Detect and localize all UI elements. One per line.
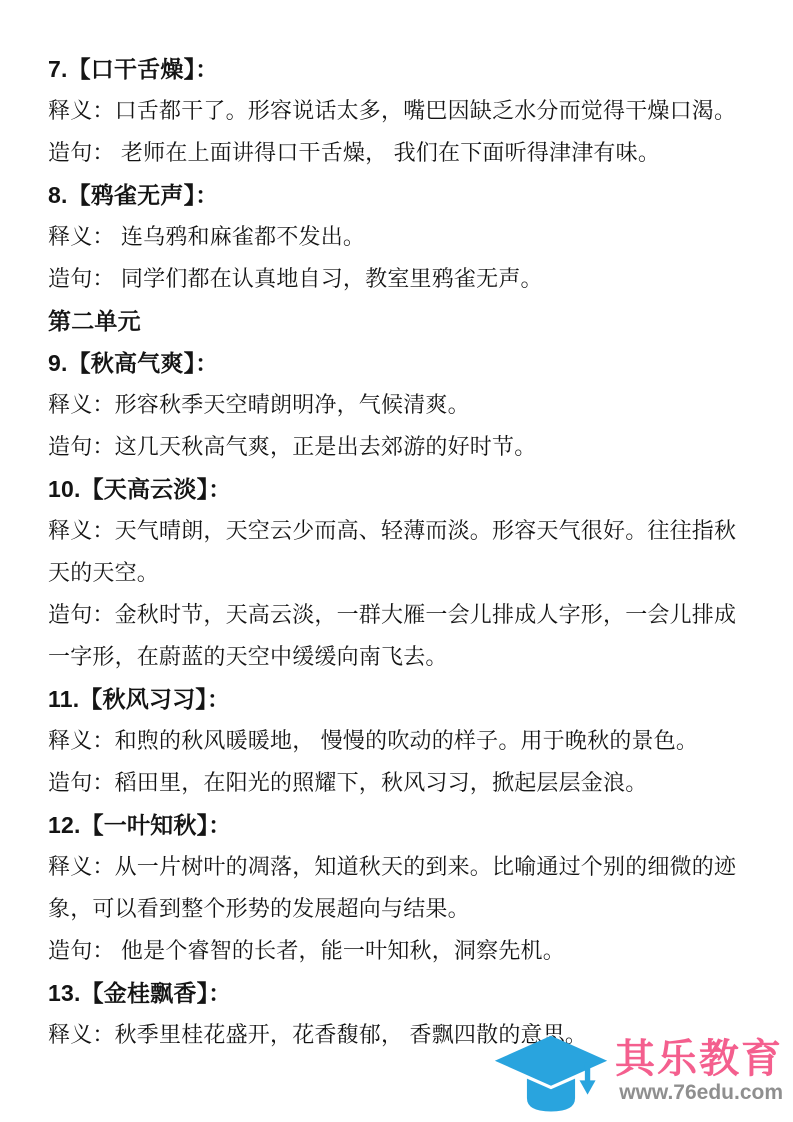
sentence-line: 造句： 他是个睿智的长者，能一叶知秋，洞察先机。 — [48, 930, 748, 972]
idiom-entry-12: 12.【一叶知秋】： 释义：从一片树叶的凋落，知道秋天的到来。比喻通过个别的细微… — [48, 804, 748, 972]
idiom-heading: 7.【口干舌燥】： — [48, 48, 748, 90]
definition-line: 释义：形容秋季天空晴朗明净，气候清爽。 — [48, 384, 748, 426]
definition-line: 释义：和煦的秋风暖暖地， 慢慢的吹动的样子。用于晚秋的景色。 — [48, 720, 748, 762]
idiom-heading: 9.【秋高气爽】： — [48, 342, 748, 384]
graduation-cap-icon — [493, 1034, 609, 1116]
sentence-line: 造句：金秋时节，天高云淡，一群大雁一会儿排成人字形，一会儿排成一字形，在蔚蓝的天… — [48, 594, 748, 678]
idiom-entry-8: 8.【鸦雀无声】： 释义： 连乌鸦和麻雀都不发出。 造句： 同学们都在认真地自习… — [48, 174, 748, 300]
idiom-entry-7: 7.【口干舌燥】： 释义：口舌都干了。形容说话太多，嘴巴因缺乏水分而觉得干燥口渴… — [48, 48, 748, 174]
idiom-entry-9: 9.【秋高气爽】： 释义：形容秋季天空晴朗明净，气候清爽。 造句：这几天秋高气爽… — [48, 342, 748, 468]
definition-line: 释义：口舌都干了。形容说话太多，嘴巴因缺乏水分而觉得干燥口渴。 — [48, 90, 748, 132]
sentence-line: 造句： 老师在上面讲得口干舌燥， 我们在下面听得津津有味。 — [48, 132, 748, 174]
idiom-entry-11: 11.【秋风习习】： 释义：和煦的秋风暖暖地， 慢慢的吹动的样子。用于晚秋的景色… — [48, 678, 748, 804]
sentence-line: 造句：稻田里，在阳光的照耀下，秋风习习，掀起层层金浪。 — [48, 762, 748, 804]
definition-line: 释义：天气晴朗，天空云少而高、轻薄而淡。形容天气很好。往往指秋天的天空。 — [48, 510, 748, 594]
definition-line: 释义： 连乌鸦和麻雀都不发出。 — [48, 216, 748, 258]
idiom-heading: 8.【鸦雀无声】： — [48, 174, 748, 216]
idiom-entry-10: 10.【天高云淡】： 释义：天气晴朗，天空云少而高、轻薄而淡。形容天气很好。往往… — [48, 468, 748, 678]
idiom-heading: 11.【秋风习习】： — [48, 678, 748, 720]
brand-url: www.76edu.com — [619, 1081, 783, 1104]
definition-line: 释义：从一片树叶的凋落，知道秋天的到来。比喻通过个别的细微的迹象，可以看到整个形… — [48, 846, 748, 930]
idiom-heading: 13.【金桂飘香】： — [48, 972, 748, 1014]
brand-text-block: 其乐教育 www.76edu.com — [615, 1032, 783, 1104]
sentence-line: 造句：这几天秋高气爽，正是出去郊游的好时节。 — [48, 426, 748, 468]
unit-header: 第二单元 — [48, 300, 748, 342]
brand-watermark: 其乐教育 www.76edu.com — [493, 1032, 783, 1116]
idiom-heading: 10.【天高云淡】： — [48, 468, 748, 510]
idiom-heading: 12.【一叶知秋】： — [48, 804, 748, 846]
brand-name: 其乐教育 — [615, 1038, 783, 1080]
sentence-line: 造句： 同学们都在认真地自习，教室里鸦雀无声。 — [48, 258, 748, 300]
document-body: 7.【口干舌燥】： 释义：口舌都干了。形容说话太多，嘴巴因缺乏水分而觉得干燥口渴… — [48, 48, 748, 1056]
